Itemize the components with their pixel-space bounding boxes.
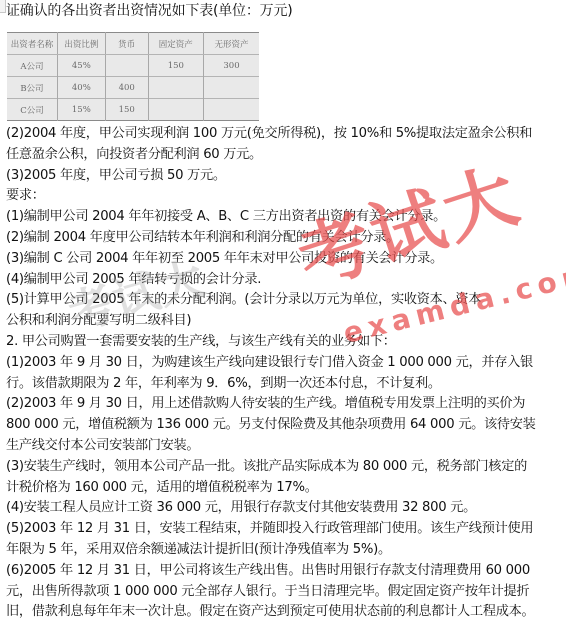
text-line: (5)计算甲公司 2005 年末的未分配利润。(会计分录以万元为单位，实收资本、… bbox=[6, 290, 566, 311]
text-line: 元，出售所得款项 1 000 000 元全部存人银行。于当日清理完毕。假定固定资… bbox=[6, 582, 566, 603]
cell-ratio: 45% bbox=[57, 55, 105, 77]
question-body: (2)2004 年度，甲公司实现利润 100 万元(免交所得税)，按 10%和 … bbox=[6, 124, 566, 623]
text-line: (3)安装生产线时，领用本公司产品一批。该批产品实际成本为 80 000 元，税… bbox=[6, 457, 566, 478]
text-line: (1)编制甲公司 2004 年年初接受 A、B、C 三方出资者出资的有关会计分录… bbox=[6, 207, 566, 228]
cell-currency bbox=[105, 55, 148, 77]
header-currency: 货币 bbox=[105, 33, 148, 55]
header-contribution-ratio: 出资比例 bbox=[57, 33, 105, 55]
text-line: 行。该借款期限为 2 年，年利率为 9．6%，到期一次还本付息，不计复利。 bbox=[6, 374, 566, 395]
cell-investor-name: A公司 bbox=[7, 55, 57, 77]
text-line: (3)编制 C 公司 2004 年年初至 2005 年年末对甲公司投资的有关会计… bbox=[6, 249, 566, 270]
question-2-heading: 2. 甲公司购置一套需要安装的生产线，与该生产线有关的业务如下： bbox=[6, 332, 566, 353]
table-row: B公司 40% 400 bbox=[7, 77, 259, 99]
text-line: (3)2005 年度，甲公司亏损 50 万元。 bbox=[6, 166, 566, 187]
cell-investor-name: C公司 bbox=[7, 99, 57, 121]
investor-contribution-table: 出资者名称 出资比例 货币 固定资产 无形资产 A公司 45% 150 300 … bbox=[7, 32, 259, 121]
cell-ratio: 15% bbox=[57, 99, 105, 121]
table-caption: 证确认的各出资者出资情况如下表(单位：万元) bbox=[6, 1, 293, 21]
text-line: (4)安装工程人员应计工资 36 000 元，用银行存款支付其他安装费用 32 … bbox=[6, 498, 566, 519]
header-investor-name: 出资者名称 bbox=[7, 33, 57, 55]
text-line: 任意盈余公积，向投资者分配利润 60 万元。 bbox=[6, 145, 566, 166]
cell-fixed-assets bbox=[148, 99, 203, 121]
cell-fixed-assets: 150 bbox=[148, 55, 203, 77]
text-line: 公积和利润分配要写明二级科目) bbox=[6, 311, 566, 332]
text-line: (2)2004 年度，甲公司实现利润 100 万元(免交所得税)，按 10%和 … bbox=[6, 124, 566, 145]
table-header-row: 出资者名称 出资比例 货币 固定资产 无形资产 bbox=[7, 33, 259, 55]
text-line: (2)2003 年 9 月 30 日，用上述借款购人待安装的生产线。增值税专用发… bbox=[6, 394, 566, 415]
text-line: (2)编制 2004 年度甲公司结转本年利润和利润分配的有关会计分录。 bbox=[6, 228, 566, 249]
header-intangible-assets: 无形资产 bbox=[204, 33, 259, 55]
requirements-heading: 要求： bbox=[6, 186, 566, 207]
cell-fixed-assets bbox=[148, 77, 203, 99]
text-line: 年限为 5 年，采用双倍余额递减法计提折旧(预计净残值率为 5%)。 bbox=[6, 540, 566, 561]
text-line: (4)编制甲公司 2005 年结转亏损的会计分录. bbox=[6, 270, 566, 291]
cell-intangible-assets: 300 bbox=[204, 55, 259, 77]
text-line: 800 000 元，增值税额为 136 000 元。另支付保险费及其他杂项费用 … bbox=[6, 415, 566, 436]
text-line: 计税价格为 160 000 元，适用的增值税税率为 17%。 bbox=[6, 478, 566, 499]
text-line: (1)2003 年 9 月 30 日，为购建该生产线向建设银行专门借入资金 1 … bbox=[6, 353, 566, 374]
cell-intangible-assets bbox=[204, 99, 259, 121]
text-line: 生产线交付本公司安装部门安装。 bbox=[6, 436, 566, 457]
cell-investor-name: B公司 bbox=[7, 77, 57, 99]
text-line: (6)2005 年 12 月 31 日，甲公司将该生产线出售。出售时用银行存款支… bbox=[6, 561, 566, 582]
cell-intangible-assets bbox=[204, 77, 259, 99]
table-row: A公司 45% 150 300 bbox=[7, 55, 259, 77]
text-line: (5)2003 年 12 月 31 日，安装工程结束，并随即投入行政管理部门使用… bbox=[6, 519, 566, 540]
cell-currency: 400 bbox=[105, 77, 148, 99]
cell-currency: 150 bbox=[105, 99, 148, 121]
table-row: C公司 15% 150 bbox=[7, 99, 259, 121]
cell-ratio: 40% bbox=[57, 77, 105, 99]
header-fixed-assets: 固定资产 bbox=[148, 33, 203, 55]
text-line: 旧，借款利息每年年末一次计息。假定在资产达到预定可使用状态前的利息都计人工程成本… bbox=[6, 602, 566, 623]
